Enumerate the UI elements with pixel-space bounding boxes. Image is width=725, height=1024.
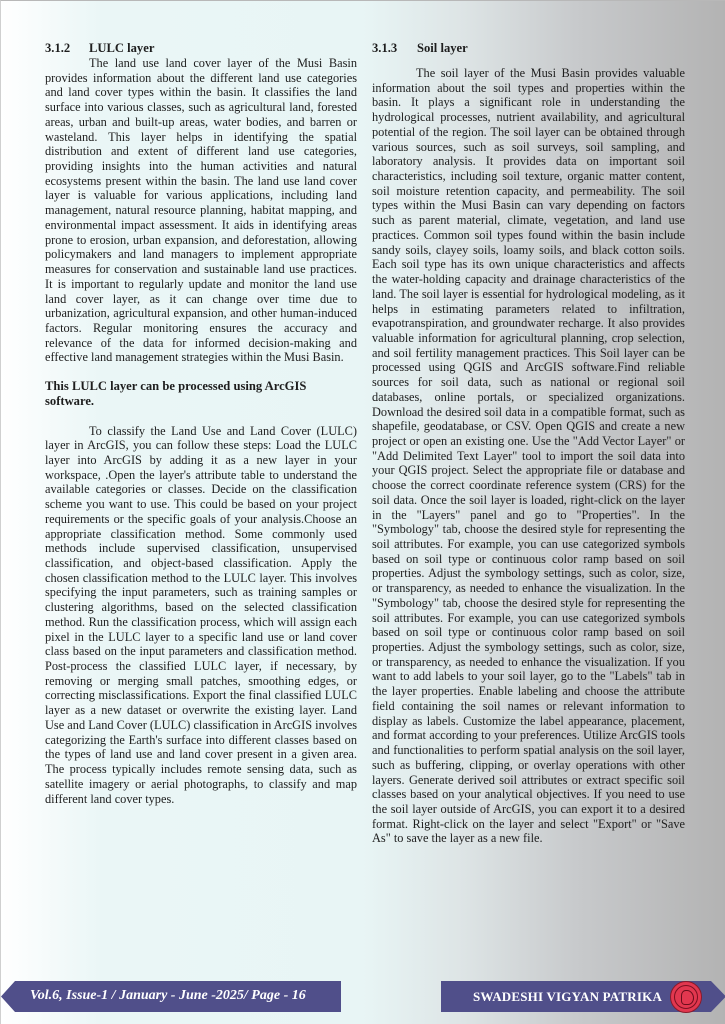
section-heading-soil: 3.1.3 Soil layer <box>372 41 685 56</box>
left-column: 3.1.2 LULC layer The land use land cover… <box>45 41 357 806</box>
soil-paragraph-1: The soil layer of the Musi Basin provide… <box>372 66 685 846</box>
section-heading-lulc: 3.1.2 LULC layer <box>45 41 357 56</box>
section-title: Soil layer <box>417 41 468 56</box>
seal-map-outline-icon <box>681 990 694 1005</box>
lulc-subheading: This LULC layer can be processed using A… <box>45 379 357 408</box>
section-number: 3.1.2 <box>45 41 89 56</box>
section-title: LULC layer <box>89 41 154 56</box>
spacer <box>372 56 685 66</box>
section-number: 3.1.3 <box>372 41 417 56</box>
journal-name: SWADESHI VIGYAN PATRIKA <box>473 989 662 1005</box>
journal-seal-icon <box>670 981 702 1013</box>
journal-page: 3.1.2 LULC layer The land use land cover… <box>0 0 725 1024</box>
lulc-paragraph-2: To classify the Land Use and Land Cover … <box>45 424 357 807</box>
footer-issue-band: Vol.6, Issue-1 / January - June -2025/ P… <box>1 981 341 1012</box>
lulc-paragraph-1: The land use land cover layer of the Mus… <box>45 56 357 365</box>
issue-info: Vol.6, Issue-1 / January - June -2025/ P… <box>30 988 306 1004</box>
right-column: 3.1.3 Soil layer The soil layer of the M… <box>372 41 685 846</box>
spacer <box>45 409 357 424</box>
